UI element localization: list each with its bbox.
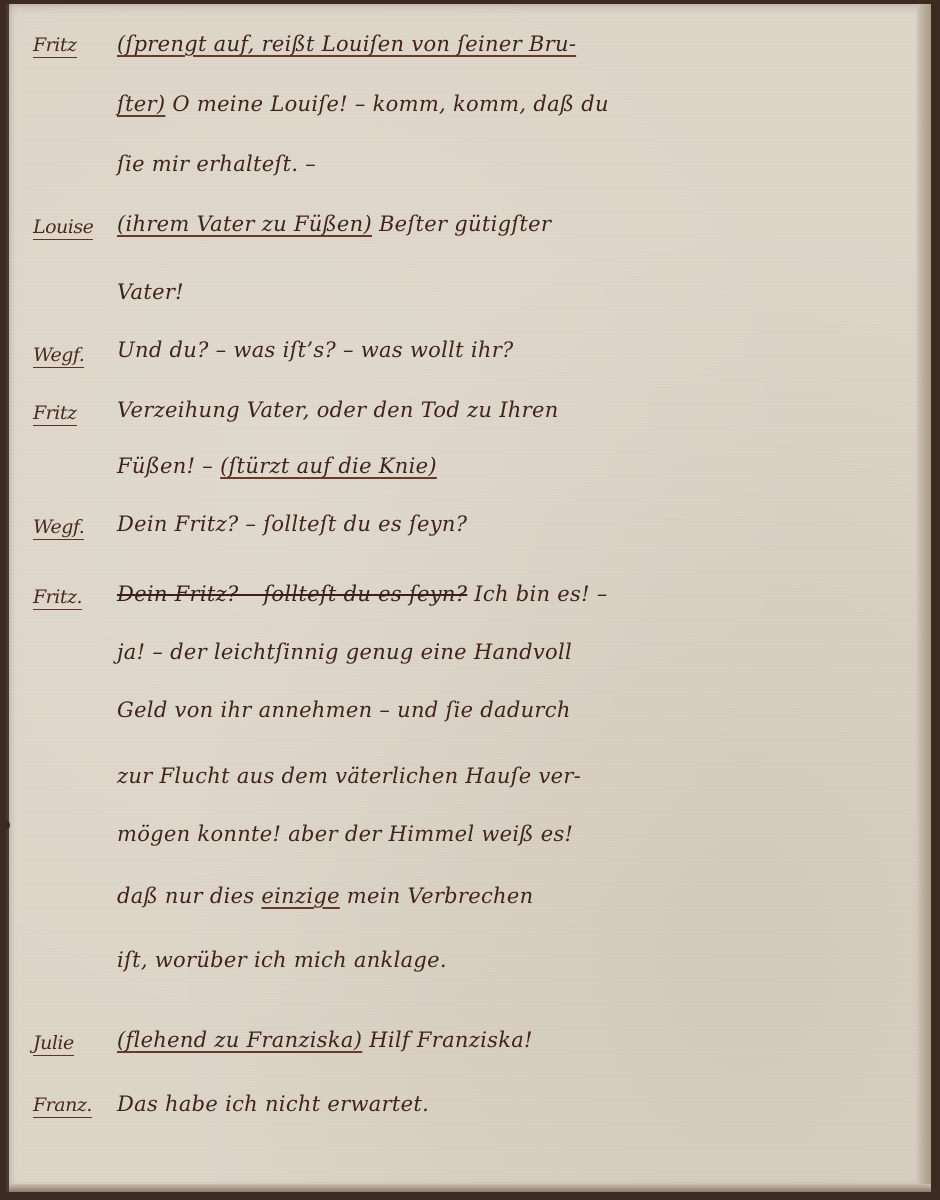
dialogue-line: Und du? – was iſt’s? – was wollt ihr? [117, 338, 891, 362]
dialogue-text: ja! – der leichtſinnig genug eine Handvo… [117, 640, 572, 664]
stage-direction: (ſtürzt auf die Knie) [220, 454, 437, 478]
dialogue-line: Dein Fritz? – ſollteſt du es ſeyn? Ich b… [117, 582, 891, 606]
page-fore-edge [917, 4, 931, 1192]
manuscript-page: Fritz Louise Wegf. Fritz Wegf. Fritz. Ju… [6, 4, 931, 1192]
speaker-franz: Franz. [33, 1094, 92, 1118]
dialogue-text: daß nur dies [117, 884, 254, 908]
dialogue-line: Vater! [117, 280, 891, 304]
dialogue-text: Ich bin es! – [474, 582, 607, 606]
stage-direction: (flehend zu Franziska) [117, 1028, 362, 1052]
dialogue-line: ja! – der leichtſinnig genug eine Handvo… [117, 640, 891, 664]
dialogue-text: iſt, worüber ich mich anklage. [117, 948, 447, 972]
speaker-fritz: Fritz [33, 34, 77, 58]
dialogue-text: ſie mir erhalteſt. – [117, 152, 316, 176]
struck-text: Dein Fritz? – ſollteſt du es ſeyn? [117, 582, 467, 606]
dialogue-text: Das habe ich nicht erwartet. [117, 1092, 429, 1116]
dialogue-text: Vater! [117, 280, 184, 304]
dialogue-text: Beſter gütigſter [379, 212, 551, 236]
speaker-louise: Louise [33, 216, 93, 240]
dialogue-text: Hilf Franziska! [369, 1028, 533, 1052]
dialogue-line: (ſprengt auf, reißt Louiſen von ſeiner B… [117, 32, 891, 56]
dialogue-text: zur Flucht aus dem väterlichen Hauſe ver… [117, 764, 581, 788]
dialogue-text: mein Verbrechen [347, 884, 534, 908]
speaker-julie: Julie [33, 1032, 74, 1056]
dialogue-line: Verzeihung Vater, oder den Tod zu Ihren [117, 398, 891, 422]
dialogue-text: O meine Louiſe! – komm, komm, daß du [172, 92, 608, 116]
dialogue-text: mögen konnte! aber der Himmel weiß es! [117, 822, 573, 846]
dialogue-line: Dein Fritz? – ſollteſt du es ſeyn? [117, 512, 891, 536]
binding-thread [2, 820, 10, 830]
dialogue-line: daß nur dies einzige mein Verbrechen [117, 884, 891, 908]
stage-direction: ſter) [117, 92, 165, 116]
dialogue-line: (ihrem Vater zu Füßen) Beſter gütigſter [117, 212, 891, 236]
dialogue-line: Geld von ihr annehmen – und ſie dadurch [117, 698, 891, 722]
dialogue-line: Füßen! – (ſtürzt auf die Knie) [117, 454, 891, 478]
dialogue-text: Füßen! – [117, 454, 213, 478]
dialogue-line: ſie mir erhalteſt. – [117, 152, 891, 176]
page-bottom-edge [9, 1184, 931, 1192]
dialogue-line: zur Flucht aus dem väterlichen Hauſe ver… [117, 764, 891, 788]
speaker-fritz: Fritz [33, 402, 77, 426]
dialogue-line: ſter) O meine Louiſe! – komm, komm, daß … [117, 92, 891, 116]
speaker-wegf: Wegf. [33, 344, 84, 368]
dialogue-line: Das habe ich nicht erwartet. [117, 1092, 891, 1116]
dialogue-line: mögen konnte! aber der Himmel weiß es! [117, 822, 891, 846]
dialogue-line: (flehend zu Franziska) Hilf Franziska! [117, 1028, 891, 1052]
stage-direction: (ſprengt auf, reißt Louiſen von ſeiner B… [117, 32, 576, 56]
dialogue-text: Dein Fritz? – ſollteſt du es ſeyn? [117, 512, 467, 536]
stage-direction: (ihrem Vater zu Füßen) [117, 212, 372, 236]
underlined-word: einzige [261, 884, 339, 908]
dialogue-line: iſt, worüber ich mich anklage. [117, 948, 891, 972]
dialogue-text: Und du? – was iſt’s? – was wollt ihr? [117, 338, 514, 362]
dialogue-text: Verzeihung Vater, oder den Tod zu Ihren [117, 398, 559, 422]
speaker-wegf: Wegf. [33, 516, 84, 540]
speaker-fritz: Fritz. [33, 586, 82, 610]
dialogue-text: Geld von ihr annehmen – und ſie dadurch [117, 698, 571, 722]
